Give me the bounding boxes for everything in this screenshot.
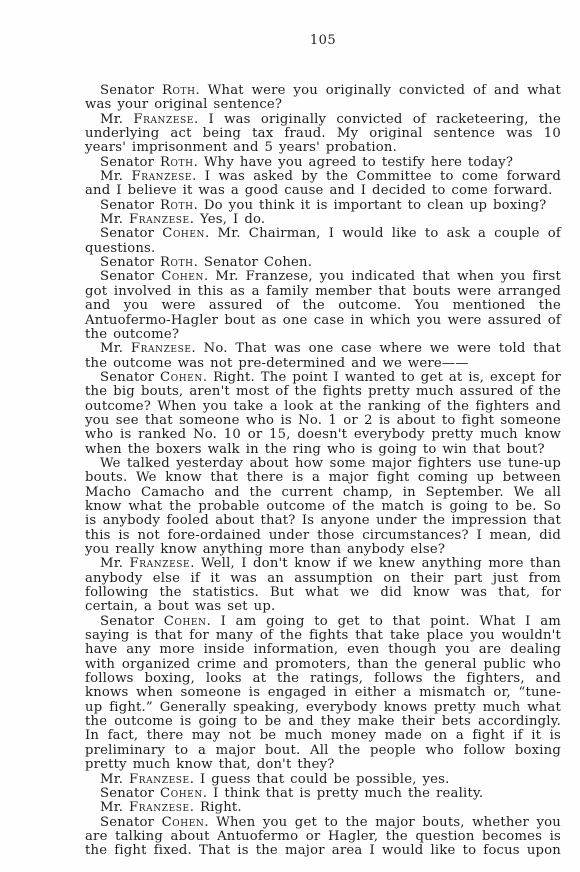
speaker-surname: Franzese <box>130 556 191 571</box>
speaker-prefix: Senator <box>100 226 162 241</box>
speaker-surname: Franzese <box>129 800 190 815</box>
transcript-paragraph: Senator Cohen. I think that is pretty mu… <box>85 787 561 801</box>
transcript-paragraph: Senator Roth. What were you originally c… <box>85 84 561 113</box>
transcript-paragraph: Senator Cohen. Right. The point I wanted… <box>85 371 561 457</box>
transcript-paragraph: Mr. Franzese. I was originally convicted… <box>85 113 561 156</box>
speaker-surname: Cohen <box>162 226 205 241</box>
paragraph-text: . Senator Cohen. <box>194 255 313 270</box>
transcript-paragraph: Senator Cohen. I am going to get to that… <box>85 615 561 773</box>
paragraph-text: We talked yesterday about how some major… <box>85 456 561 557</box>
speaker-prefix: Senator <box>100 614 164 629</box>
speaker-prefix: Senator <box>100 198 160 213</box>
transcript-paragraph: Mr. Franzese. I guess that could be poss… <box>85 773 561 787</box>
speaker-surname: Roth <box>160 255 194 270</box>
transcript-paragraph: We talked yesterday about how some major… <box>85 457 561 557</box>
speaker-surname: Roth <box>160 155 194 170</box>
transcript-paragraph: Senator Roth. Why have you agreed to tes… <box>85 156 561 170</box>
speaker-surname: Cohen <box>164 614 207 629</box>
speaker-prefix: Senator <box>100 83 162 98</box>
speaker-surname: Roth <box>160 198 194 213</box>
document-page: 105 Senator Roth. What were you original… <box>0 0 580 872</box>
speaker-prefix: Senator <box>100 815 162 830</box>
speaker-prefix: Mr. <box>100 341 131 356</box>
speaker-surname: Franzese <box>129 212 190 227</box>
speaker-surname: Franzese <box>129 772 190 787</box>
speaker-surname: Cohen <box>161 269 204 284</box>
transcript-paragraph: Senator Cohen. When you get to the major… <box>85 816 561 859</box>
transcript-body: Senator Roth. What were you originally c… <box>85 84 561 859</box>
speaker-surname: Cohen <box>160 786 203 801</box>
speaker-prefix: Senator <box>100 370 160 385</box>
paragraph-text: . Right. <box>190 800 242 815</box>
speaker-prefix: Mr. <box>100 800 129 815</box>
transcript-paragraph: Senator Roth. Senator Cohen. <box>85 256 561 270</box>
page-number: 105 <box>85 33 561 48</box>
paragraph-text: . I guess that could be possible, yes. <box>190 772 450 787</box>
transcript-paragraph: Senator Cohen. Mr. Chairman, I would lik… <box>85 227 561 256</box>
speaker-surname: Cohen <box>160 370 203 385</box>
speaker-surname: Franzese <box>133 112 194 127</box>
speaker-prefix: Mr. <box>100 772 129 787</box>
speaker-prefix: Senator <box>100 155 160 170</box>
speaker-prefix: Senator <box>100 786 160 801</box>
paragraph-text: . Do you think it is important to clean … <box>194 198 547 213</box>
speaker-surname: Cohen <box>162 815 205 830</box>
paragraph-text: . I think that is pretty much the realit… <box>203 786 483 801</box>
speaker-prefix: Mr. <box>100 212 129 227</box>
speaker-prefix: Senator <box>100 255 160 270</box>
transcript-paragraph: Mr. Franzese. Yes, I do. <box>85 213 561 227</box>
transcript-paragraph: Senator Roth. Do you think it is importa… <box>85 199 561 213</box>
speaker-surname: Roth <box>162 83 196 98</box>
transcript-paragraph: Mr. Franzese. Well, I don't know if we k… <box>85 557 561 614</box>
speaker-prefix: Mr. <box>100 112 133 127</box>
speaker-surname: Franzese <box>131 341 192 356</box>
speaker-prefix: Senator <box>100 269 161 284</box>
paragraph-text: . Yes, I do. <box>190 212 266 227</box>
speaker-surname: Franzese <box>131 169 192 184</box>
transcript-paragraph: Mr. Franzese. I was asked by the Committ… <box>85 170 561 199</box>
paragraph-text: . Why have you agreed to testify here to… <box>194 155 514 170</box>
transcript-paragraph: Senator Cohen. Mr. Franzese, you indicat… <box>85 270 561 342</box>
speaker-prefix: Mr. <box>100 556 130 571</box>
transcript-paragraph: Mr. Franzese. Right. <box>85 801 561 815</box>
paragraph-text: . I am going to get to that point. What … <box>85 614 561 772</box>
speaker-prefix: Mr. <box>100 169 131 184</box>
transcript-paragraph: Mr. Franzese. No. That was one case wher… <box>85 342 561 371</box>
